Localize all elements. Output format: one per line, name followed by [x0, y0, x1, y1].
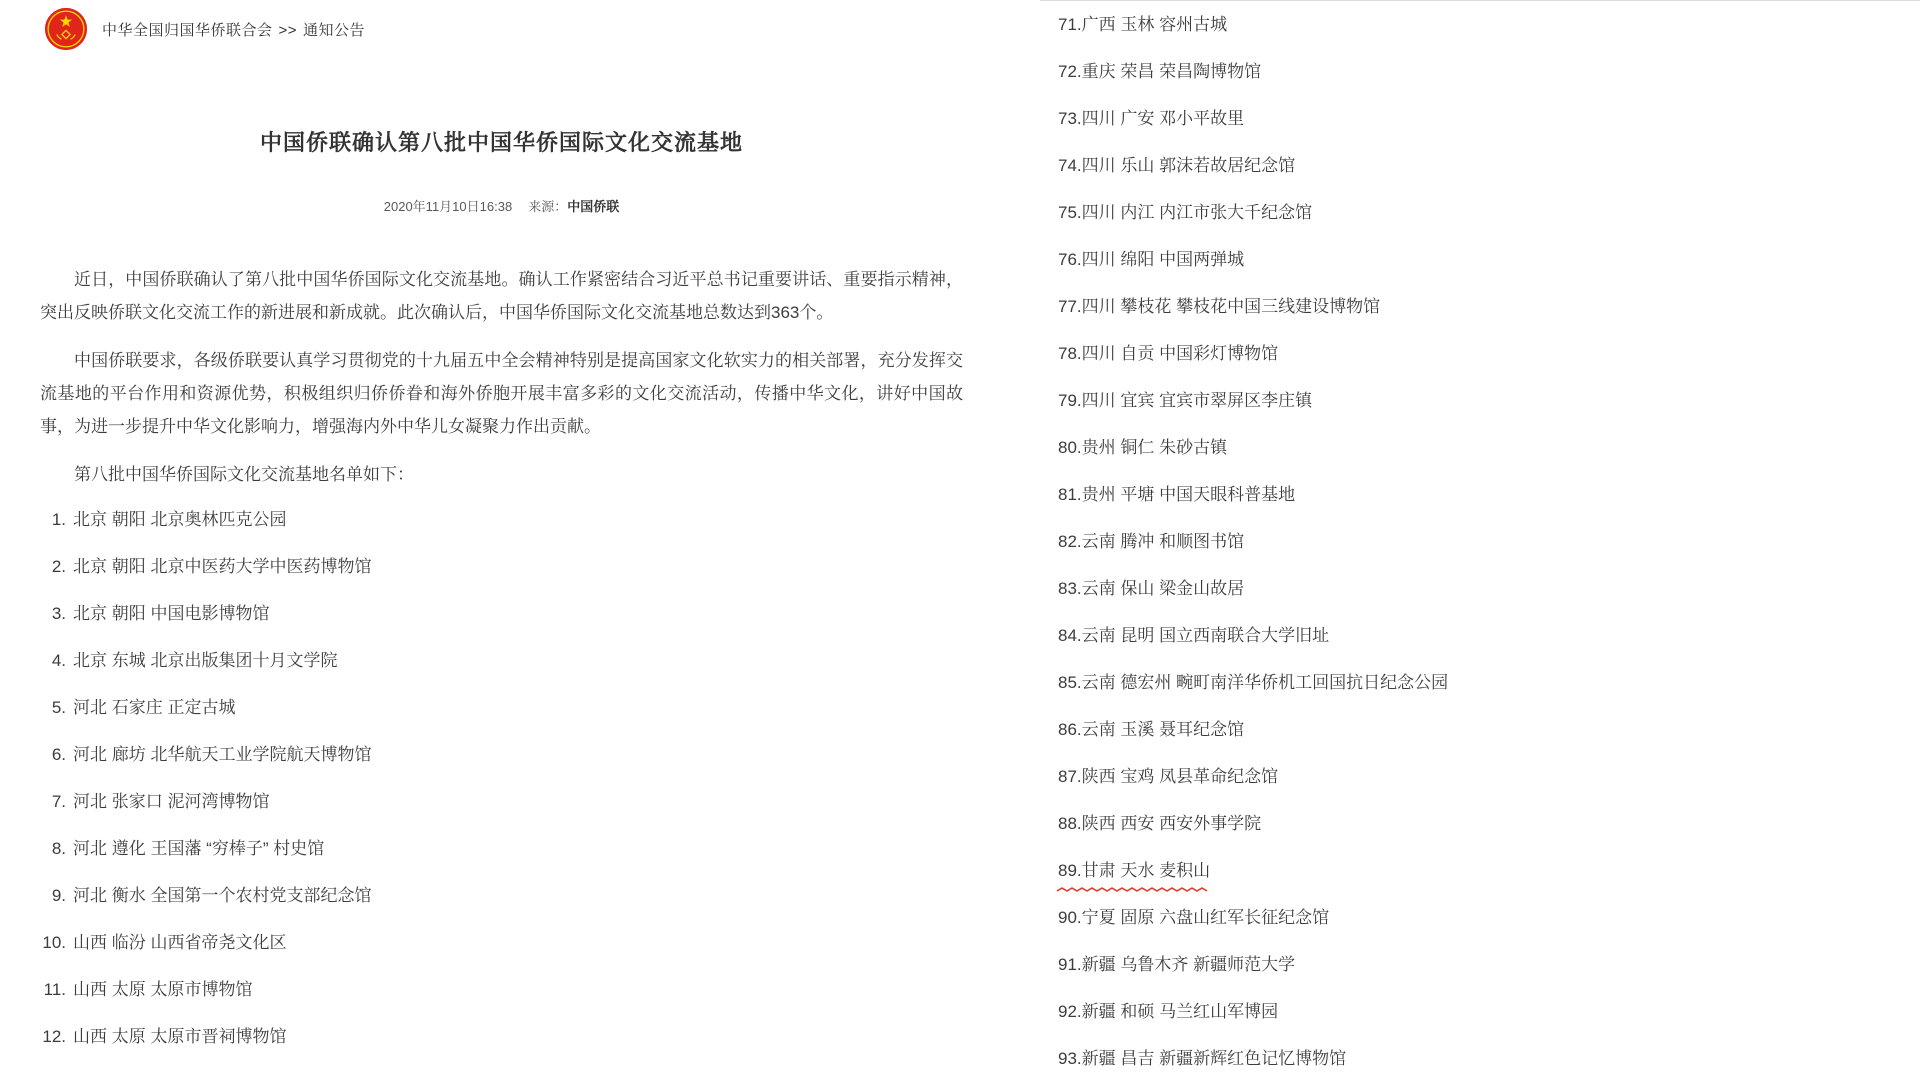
source-value: 中国侨联	[567, 199, 619, 214]
acfroc-logo-icon[interactable]	[44, 7, 88, 51]
list-item: 2.北京 朝阳 北京中医药大学中医药博物馆	[40, 543, 963, 590]
list-item: 80.贵州 铜仁 朱砂古镇	[1058, 424, 1920, 471]
list-item-number: 71.	[1058, 15, 1082, 34]
list-item: 77.四川 攀枝花 攀枝花中国三线建设博物馆	[1058, 283, 1920, 330]
list-item: 85.云南 德宏州 畹町南洋华侨机工回国抗日纪念公园	[1058, 659, 1920, 706]
list-item-text: 重庆 荣昌 荣昌陶博物馆	[1082, 62, 1261, 81]
list-item-number: 9.	[40, 872, 66, 919]
list-item: 9.河北 衡水 全国第一个农村党支部纪念馆	[40, 872, 963, 919]
list-item-text: 贵州 铜仁 朱砂古镇	[1082, 438, 1227, 457]
list-item: 79.四川 宜宾 宜宾市翠屏区李庄镇	[1058, 377, 1920, 424]
list-item: 88.陕西 西安 西安外事学院	[1058, 800, 1920, 847]
list-item-text: 四川 攀枝花 攀枝花中国三线建设博物馆	[1082, 297, 1380, 316]
list-item-number: 75.	[1058, 203, 1082, 222]
list-item-text: 四川 宜宾 宜宾市翠屏区李庄镇	[1082, 391, 1312, 410]
list-item-number: 2.	[40, 543, 66, 590]
list-item-number: 76.	[1058, 250, 1082, 269]
list-item-number: 4.	[40, 637, 66, 684]
list-item: 72.重庆 荣昌 荣昌陶博物馆	[1058, 48, 1920, 95]
page: 中华全国归国华侨联合会>>通知公告 中国侨联确认第八批中国华侨国际文化交流基地 …	[0, 0, 1920, 1080]
list-item-number: 6.	[40, 731, 66, 778]
list-item-text: 云南 保山 梁金山故居	[1082, 579, 1244, 598]
list-item-number: 10.	[40, 919, 66, 966]
article-pane: 中华全国归国华侨联合会>>通知公告 中国侨联确认第八批中国华侨国际文化交流基地 …	[40, 0, 963, 1080]
list-item-text: 云南 昆明 国立西南联合大学旧址	[1082, 626, 1329, 645]
list-item-number: 92.	[1058, 1002, 1082, 1021]
list-item-text: 贵州 平塘 中国天眼科普基地	[1082, 485, 1295, 504]
list-item-text: 山西 太原 太原市博物馆	[73, 980, 252, 999]
list-item-text: 新疆 和硕 马兰红山军博园	[1082, 1002, 1278, 1021]
list-item-text: 新疆 乌鲁木齐 新疆师范大学	[1082, 955, 1295, 974]
list-item-number: 1.	[40, 496, 66, 543]
source-label: 来源：	[528, 199, 567, 214]
article-title: 中国侨联确认第八批中国华侨国际文化交流基地	[40, 126, 963, 157]
list-item-text: 四川 绵阳 中国两弹城	[1082, 250, 1244, 269]
list-item-number: 87.	[1058, 767, 1082, 786]
list-item-text: 陕西 宝鸡 凤县革命纪念馆	[1082, 767, 1278, 786]
list-item-text: 河北 张家口 泥河湾博物馆	[73, 792, 269, 811]
list-item-number: 3.	[40, 590, 66, 637]
list-continuation-pane: 71.广西 玉林 容州古城72.重庆 荣昌 荣昌陶博物馆73.四川 广安 邓小平…	[1040, 0, 1920, 1080]
list-item: 4.北京 东城 北京出版集团十月文学院	[40, 637, 963, 684]
list-item-number: 5.	[40, 684, 66, 731]
list-item-number: 78.	[1058, 344, 1082, 363]
list-intro: 第八批中国华侨国际文化交流基地名单如下：	[40, 458, 963, 491]
list-item-number: 90.	[1058, 908, 1082, 927]
paragraph-1: 近日，中国侨联确认了第八批中国华侨国际文化交流基地。确认工作紧密结合习近平总书记…	[40, 263, 963, 329]
publish-datetime: 2020年11月10日16:38	[384, 199, 512, 214]
list-item-number: 11.	[40, 966, 66, 1013]
list-item-text: 四川 广安 邓小平故里	[1082, 109, 1244, 128]
breadcrumb: 中华全国归国华侨联合会>>通知公告	[102, 19, 365, 40]
red-underline-annotation	[1056, 886, 1208, 894]
list-item: 75.四川 内江 内江市张大千纪念馆	[1058, 189, 1920, 236]
list-item: 82.云南 腾冲 和顺图书馆	[1058, 518, 1920, 565]
list-item-number: 80.	[1058, 438, 1082, 457]
list-item: 93.新疆 昌吉 新疆新辉红色记忆博物馆	[1058, 1035, 1920, 1080]
list-item-number: 89.	[1058, 861, 1082, 880]
list-item-number: 81.	[1058, 485, 1082, 504]
list-item: 7.河北 张家口 泥河湾博物馆	[40, 778, 963, 825]
list-item: 81.贵州 平塘 中国天眼科普基地	[1058, 471, 1920, 518]
list-item-text: 北京 朝阳 北京中医药大学中医药博物馆	[73, 557, 371, 576]
list-item: 89.甘肃 天水 麦积山	[1058, 847, 1920, 894]
list-item-number: 8.	[40, 825, 66, 872]
article-body: 近日，中国侨联确认了第八批中国华侨国际文化交流基地。确认工作紧密结合习近平总书记…	[40, 263, 963, 1060]
list-item-text: 山西 临汾 山西省帝尧文化区	[73, 933, 286, 952]
list-item-text: 云南 玉溪 聂耳纪念馆	[1082, 720, 1244, 739]
list-item-text: 河北 衡水 全国第一个农村党支部纪念馆	[73, 886, 371, 905]
list-item-number: 74.	[1058, 156, 1082, 175]
list-item-text: 云南 腾冲 和顺图书馆	[1082, 532, 1244, 551]
list-item-text: 新疆 昌吉 新疆新辉红色记忆博物馆	[1082, 1049, 1346, 1068]
list-item-number: 88.	[1058, 814, 1082, 833]
list-item: 12.山西 太原 太原市晋祠博物馆	[40, 1013, 963, 1060]
list-item-text: 北京 东城 北京出版集团十月文学院	[73, 651, 337, 670]
list-item-text: 甘肃 天水 麦积山	[1082, 861, 1210, 880]
list-item: 78.四川 自贡 中国彩灯博物馆	[1058, 330, 1920, 377]
list-item: 1.北京 朝阳 北京奥林匹克公园	[40, 496, 963, 543]
list-item-number: 93.	[1058, 1049, 1082, 1068]
list-item-number: 85.	[1058, 673, 1082, 692]
list-item-number: 86.	[1058, 720, 1082, 739]
list-item: 92.新疆 和硕 马兰红山军博园	[1058, 988, 1920, 1035]
list-item-text: 山西 太原 太原市晋祠博物馆	[73, 1027, 286, 1046]
list-item-text: 河北 石家庄 正定古城	[73, 698, 235, 717]
list-item-number: 91.	[1058, 955, 1082, 974]
list-item-number: 84.	[1058, 626, 1082, 645]
list-item-number: 72.	[1058, 62, 1082, 81]
list-item-text: 四川 自贡 中国彩灯博物馆	[1082, 344, 1278, 363]
list-item: 8.河北 遵化 王国藩 “穷棒子” 村史馆	[40, 825, 963, 872]
article-meta: 2020年11月10日16:38来源：中国侨联	[40, 196, 963, 215]
list-item-text: 陕西 西安 西安外事学院	[1082, 814, 1261, 833]
list-item-number: 73.	[1058, 109, 1082, 128]
list-item: 90.宁夏 固原 六盘山红军长征纪念馆	[1058, 894, 1920, 941]
list-item-text: 宁夏 固原 六盘山红军长征纪念馆	[1082, 908, 1329, 927]
list-item-number: 79.	[1058, 391, 1082, 410]
list-item: 87.陕西 宝鸡 凤县革命纪念馆	[1058, 753, 1920, 800]
list-item: 6.河北 廊坊 北华航天工业学院航天博物馆	[40, 731, 963, 778]
list-item-text: 云南 德宏州 畹町南洋华侨机工回国抗日纪念公园	[1082, 673, 1448, 692]
list-item: 10.山西 临汾 山西省帝尧文化区	[40, 919, 963, 966]
list-item-text: 四川 乐山 郭沫若故居纪念馆	[1082, 156, 1295, 175]
list-item: 76.四川 绵阳 中国两弹城	[1058, 236, 1920, 283]
list-item-number: 83.	[1058, 579, 1082, 598]
list-item-text: 北京 朝阳 中国电影博物馆	[73, 604, 269, 623]
list-item: 73.四川 广安 邓小平故里	[1058, 95, 1920, 142]
base-list-items-1-12: 1.北京 朝阳 北京奥林匹克公园2.北京 朝阳 北京中医药大学中医药博物馆3.北…	[40, 496, 963, 1060]
paragraph-2: 中国侨联要求，各级侨联要认真学习贯彻党的十九届五中全会精神特别是提高国家文化软实…	[40, 344, 963, 443]
list-item-number: 77.	[1058, 297, 1082, 316]
list-item: 86.云南 玉溪 聂耳纪念馆	[1058, 706, 1920, 753]
list-item-text: 河北 遵化 王国藩 “穷棒子” 村史馆	[73, 839, 324, 858]
list-item-text: 广西 玉林 容州古城	[1082, 15, 1227, 34]
list-item: 5.河北 石家庄 正定古城	[40, 684, 963, 731]
list-item-number: 82.	[1058, 532, 1082, 551]
list-item: 91.新疆 乌鲁木齐 新疆师范大学	[1058, 941, 1920, 988]
breadcrumb-separator: >>	[279, 22, 298, 39]
breadcrumb-section[interactable]: 通知公告	[303, 22, 365, 39]
list-item: 71.广西 玉林 容州古城	[1058, 1, 1920, 48]
list-item: 11.山西 太原 太原市博物馆	[40, 966, 963, 1013]
list-item: 84.云南 昆明 国立西南联合大学旧址	[1058, 612, 1920, 659]
list-item-text: 四川 内江 内江市张大千纪念馆	[1082, 203, 1312, 222]
base-list-items-71-93: 71.广西 玉林 容州古城72.重庆 荣昌 荣昌陶博物馆73.四川 广安 邓小平…	[1058, 1, 1920, 1080]
list-item: 3.北京 朝阳 中国电影博物馆	[40, 590, 963, 637]
list-item-text: 北京 朝阳 北京奥林匹克公园	[73, 510, 286, 529]
breadcrumb-site-name[interactable]: 中华全国归国华侨联合会	[102, 22, 273, 39]
list-item-text: 河北 廊坊 北华航天工业学院航天博物馆	[73, 745, 371, 764]
list-item: 83.云南 保山 梁金山故居	[1058, 565, 1920, 612]
list-item-number: 7.	[40, 778, 66, 825]
list-item: 74.四川 乐山 郭沫若故居纪念馆	[1058, 142, 1920, 189]
list-item-number: 12.	[40, 1013, 66, 1060]
site-header: 中华全国归国华侨联合会>>通知公告	[44, 7, 365, 51]
